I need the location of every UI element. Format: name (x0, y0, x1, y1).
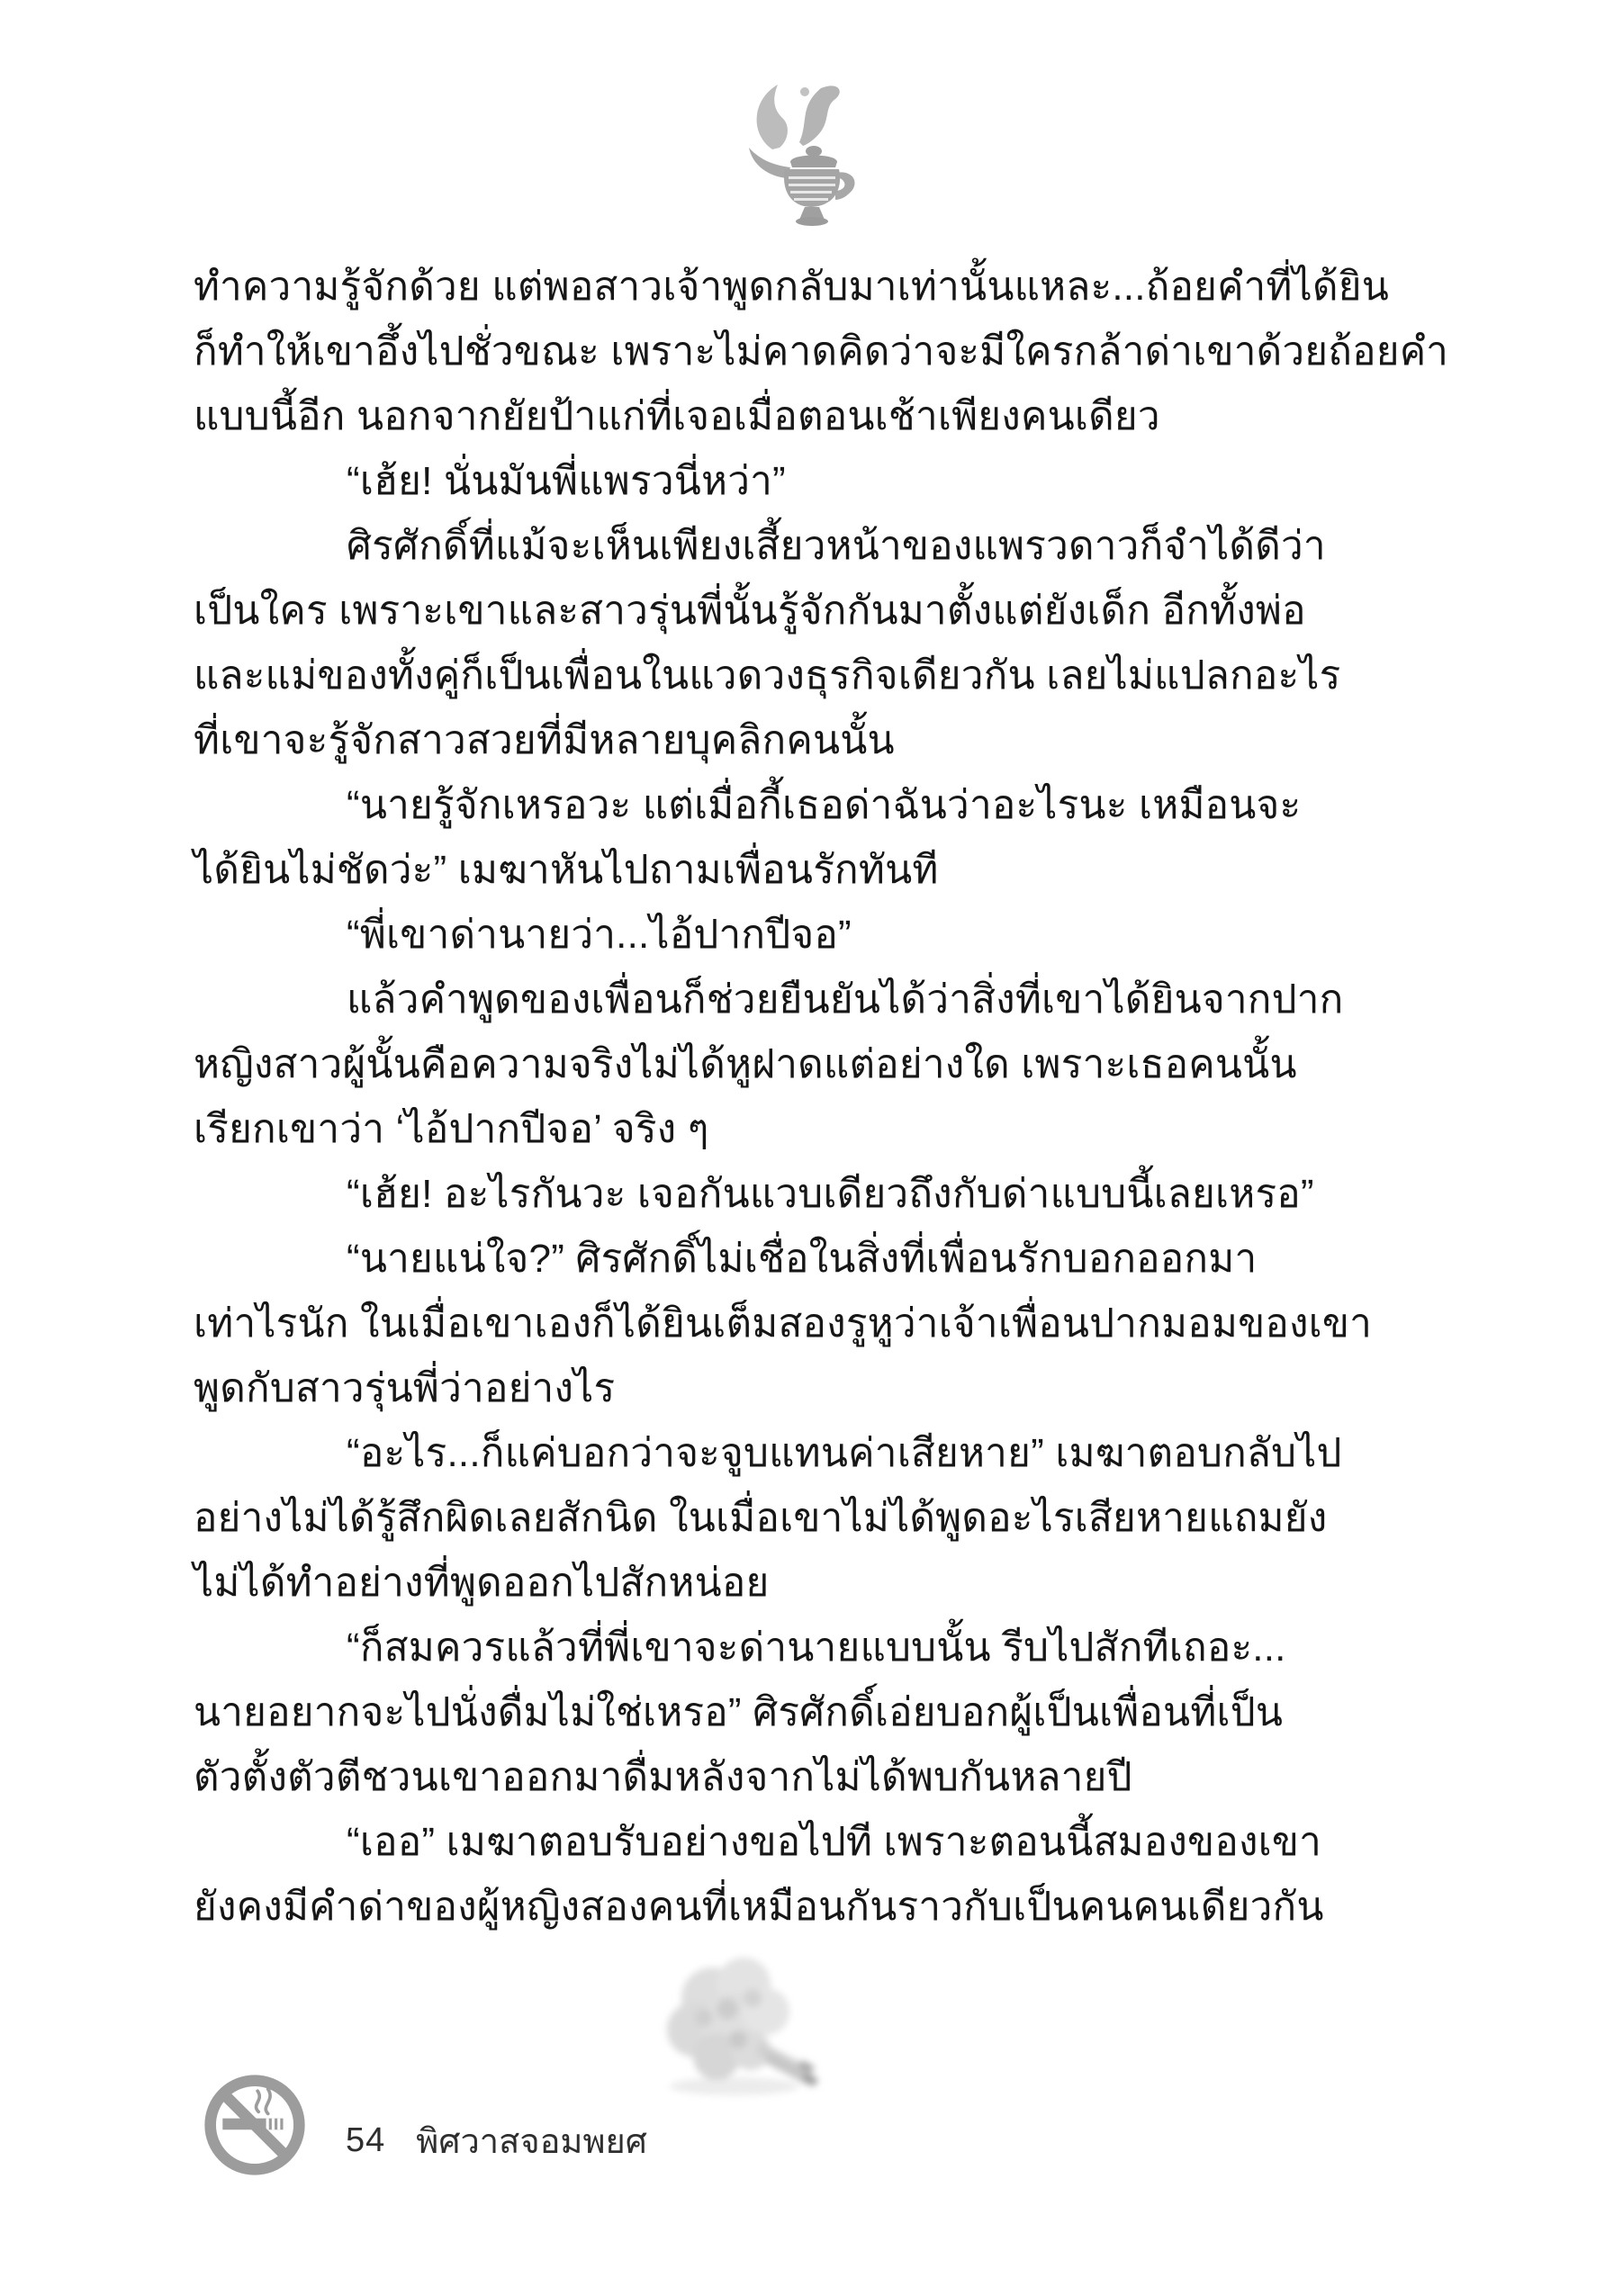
rose-bouquet-image (645, 1935, 847, 2106)
book-title: พิศวาสจอมพยศ (416, 2113, 647, 2168)
text-line: ทำความรู้จักด้วย แต่พอสาวเจ้าพูดกลับมาเท… (194, 255, 1344, 320)
text-line: “เฮ้ย! อะไรกันวะ เจอกันแวบเดียวถึงกับด่า… (194, 1162, 1344, 1227)
text-line: “อะไร...ก็แค่บอกว่าจะจูบแทนค่าเสียหาย” เ… (194, 1421, 1344, 1486)
text-line: “นายแน่ใจ?” ศิรศักดิ์ไม่เชื่อในสิ่งที่เพ… (194, 1227, 1344, 1292)
text-line: ยังคงมีคำด่าของผู้หญิงสองคนที่เหมือนกันร… (194, 1875, 1344, 1940)
text-line: ศิรศักดิ์ที่แม้จะเห็นเพียงเสี้ยวหน้าของแ… (194, 514, 1344, 579)
text-line: ได้ยินไม่ชัดว่ะ” เมฆาหันไปถามเพื่อนรักทั… (194, 838, 1344, 903)
text-line: ที่เขาจะรู้จักสาวสวยที่มีหลายบุคลิกคนนั้… (194, 708, 1344, 773)
text-line: แล้วคำพูดของเพื่อนก็ช่วยยืนยันได้ว่าสิ่ง… (194, 968, 1344, 1032)
text-line: อย่างไม่ได้รู้สึกผิดเลยสักนิด ในเมื่อเขา… (194, 1486, 1344, 1551)
text-line: เป็นใคร เพราะเขาและสาวรุ่นพี่นั้นรู้จักก… (194, 579, 1344, 644)
text-line: และแม่ของทั้งคู่ก็เป็นเพื่อนในแวดวงธุรกิ… (194, 644, 1344, 708)
text-line: เรียกเขาว่า ‘ไอ้ปากปีจอ’ จริง ๆ (194, 1097, 1344, 1162)
text-line: “เฮ้ย! นั่นมันพี่แพรวนี่หว่า” (194, 449, 1344, 514)
body-text: ทำความรู้จักด้วย แต่พอสาวเจ้าพูดกลับมาเท… (194, 255, 1344, 1940)
text-line: “พี่เขาด่านายว่า...ไอ้ปากปีจอ” (194, 903, 1344, 968)
text-line: “เออ” เมฆาตอบรับอย่างขอไปที เพราะตอนนี้ส… (194, 1810, 1344, 1875)
text-line: “นายรู้จักเหรอวะ แต่เมื่อกี้เธอด่าฉันว่า… (194, 773, 1344, 838)
text-line: เท่าไรนัก ในเมื่อเขาเองก็ได้ยินเต็มสองรู… (194, 1292, 1344, 1356)
text-line: “ก็สมควรแล้วที่พี่เขาจะด่านายแบบนั้น รีบ… (194, 1616, 1344, 1680)
book-page: ทำความรู้จักด้วย แต่พอสาวเจ้าพูดกลับมาเท… (0, 0, 1605, 2296)
footer: 54 พิศวาสจอมพยศ (346, 2117, 647, 2164)
text-line: ตัวตั้งตัวตีชวนเขาออกมาดื่มหลังจากไม่ได้… (194, 1745, 1344, 1810)
text-line: ไม่ได้ทำอย่างที่พูดออกไปสักหน่อย (194, 1551, 1344, 1616)
no-smoking-icon (198, 2068, 311, 2182)
text-line: แบบนี้อีก นอกจากยัยป้าแก่ที่เจอเมื่อตอนเ… (194, 384, 1344, 449)
teapot-steam-icon (693, 79, 873, 268)
text-line: ก็ทำให้เขาอึ้งไปชั่วขณะ เพราะไม่คาดคิดว่… (194, 320, 1344, 384)
page-number: 54 (346, 2121, 385, 2160)
text-line: หญิงสาวผู้นั้นคือความจริงไม่ได้หูฝาดแต่อ… (194, 1032, 1344, 1097)
text-line: พูดกับสาวรุ่นพี่ว่าอย่างไร (194, 1356, 1344, 1421)
text-line: นายอยากจะไปนั่งดื่มไม่ใช่เหรอ” ศิรศักดิ์… (194, 1680, 1344, 1745)
